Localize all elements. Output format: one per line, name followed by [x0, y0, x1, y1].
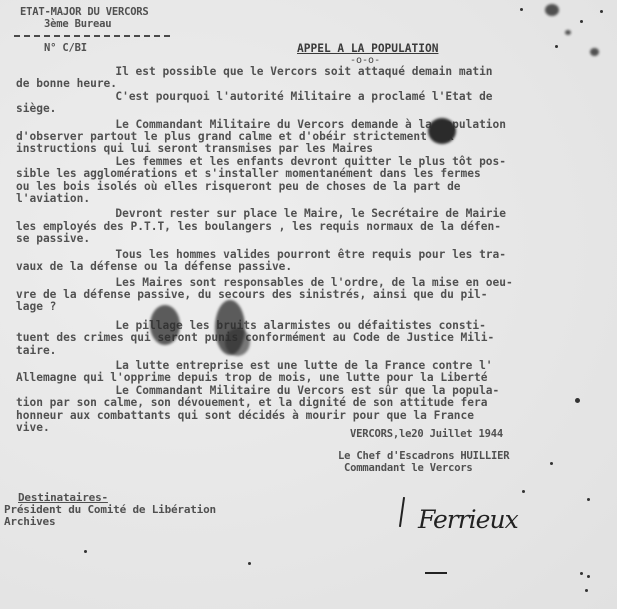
- signature-stroke: [399, 497, 405, 527]
- speck: [84, 550, 87, 553]
- paragraph: Les Maires sont responsables de l'ordre,…: [54, 277, 614, 314]
- header-divider: [14, 35, 170, 37]
- paragraph-line: vaux de la défense ou la défense passive…: [16, 261, 614, 273]
- paragraph-line: taire.: [16, 345, 614, 357]
- speck: [520, 8, 523, 11]
- speck: [587, 498, 590, 501]
- paragraph: Les femmes et les enfants devront quitte…: [54, 156, 614, 206]
- paragraph-line: sible les agglomérations et s'installer …: [16, 168, 614, 180]
- reference-number: N° C/BI: [44, 42, 87, 55]
- speck: [580, 572, 583, 575]
- speck: [248, 562, 251, 565]
- paragraph: Il est possible que le Vercors soit atta…: [54, 66, 614, 91]
- ink-speckle: [565, 30, 571, 35]
- paragraph-line: se passive.: [16, 233, 614, 245]
- handwritten-signature: Ferrieux: [418, 505, 518, 534]
- paragraph-line: de bonne heure.: [16, 78, 614, 90]
- speck: [587, 575, 590, 578]
- paragraph-line: vre de la défense passive, du secours de…: [16, 289, 614, 301]
- paragraph-line: siège.: [16, 103, 614, 115]
- paragraph-line: l'aviation.: [16, 193, 614, 205]
- paragraph-line: instructions qui lui seront transmises p…: [16, 143, 614, 155]
- speck: [575, 398, 580, 403]
- paragraph: C'est pourquoi l'autorité Militaire a pr…: [54, 91, 614, 116]
- paragraph-line: honneur aux combattants qui sont décidés…: [16, 410, 614, 422]
- ink-blot: [428, 118, 456, 144]
- paragraph: Le pillage les bruits alarmistes ou défa…: [54, 320, 614, 357]
- speck: [580, 20, 583, 23]
- paragraph-line: Il est possible que le Vercors soit atta…: [48, 66, 614, 78]
- paragraph: Le Commandant Militaire du Vercors est s…: [54, 385, 614, 435]
- recipient-item: Archives: [4, 515, 55, 528]
- signatory-line-2: Commandant le Vercors: [344, 462, 473, 474]
- document-title: APPEL A LA POPULATION: [297, 42, 438, 55]
- speck: [550, 462, 553, 465]
- ink-speckle: [545, 4, 559, 16]
- paragraph: Devront rester sur place le Maire, le Se…: [54, 208, 614, 245]
- paragraph: Le Commandant Militaire du Vercors deman…: [54, 119, 614, 156]
- speck: [585, 589, 588, 592]
- paragraph-line: les employés des P.T.T, les boulangers ,…: [16, 221, 614, 233]
- paragraph: Tous les hommes valides pourront être re…: [54, 249, 614, 274]
- paragraph-line: vive.: [16, 422, 614, 434]
- speck: [555, 45, 558, 48]
- ink-blot: [150, 305, 180, 345]
- paragraph-line: lage ?: [16, 301, 614, 313]
- document-body: Il est possible que le Vercors soit atta…: [54, 66, 614, 434]
- speck: [600, 10, 603, 13]
- place-date: VERCORS,le20 Juillet 1944: [350, 428, 503, 441]
- header-line-2: 3ème Bureau: [44, 18, 111, 31]
- paragraph-line: Devront rester sur place le Maire, le Se…: [48, 208, 614, 220]
- paragraph-line: tion par son calme, son dévouement, et l…: [16, 397, 614, 409]
- ink-blot: [225, 328, 250, 356]
- document-title-text: APPEL A LA POPULATION: [297, 42, 438, 55]
- document-page: ETAT-MAJOR DU VERCORS 3ème Bureau N° C/B…: [0, 0, 617, 609]
- signatory-line-1: Le Chef d'Escadrons HUILLIER: [338, 450, 509, 462]
- signature-underline: [425, 572, 447, 574]
- paragraph: La lutte entreprise est une lutte de la …: [54, 360, 614, 385]
- paragraph-line: ou les bois isolés où elles risqueront p…: [16, 181, 614, 193]
- speck: [522, 490, 525, 493]
- paragraph-line: C'est pourquoi l'autorité Militaire a pr…: [48, 91, 614, 103]
- ink-speckle: [590, 48, 599, 56]
- paragraph-line: Allemagne qui l'opprime depuis trop de m…: [16, 372, 614, 384]
- paragraph-line: tuent des crimes qui seront punis confor…: [16, 332, 614, 344]
